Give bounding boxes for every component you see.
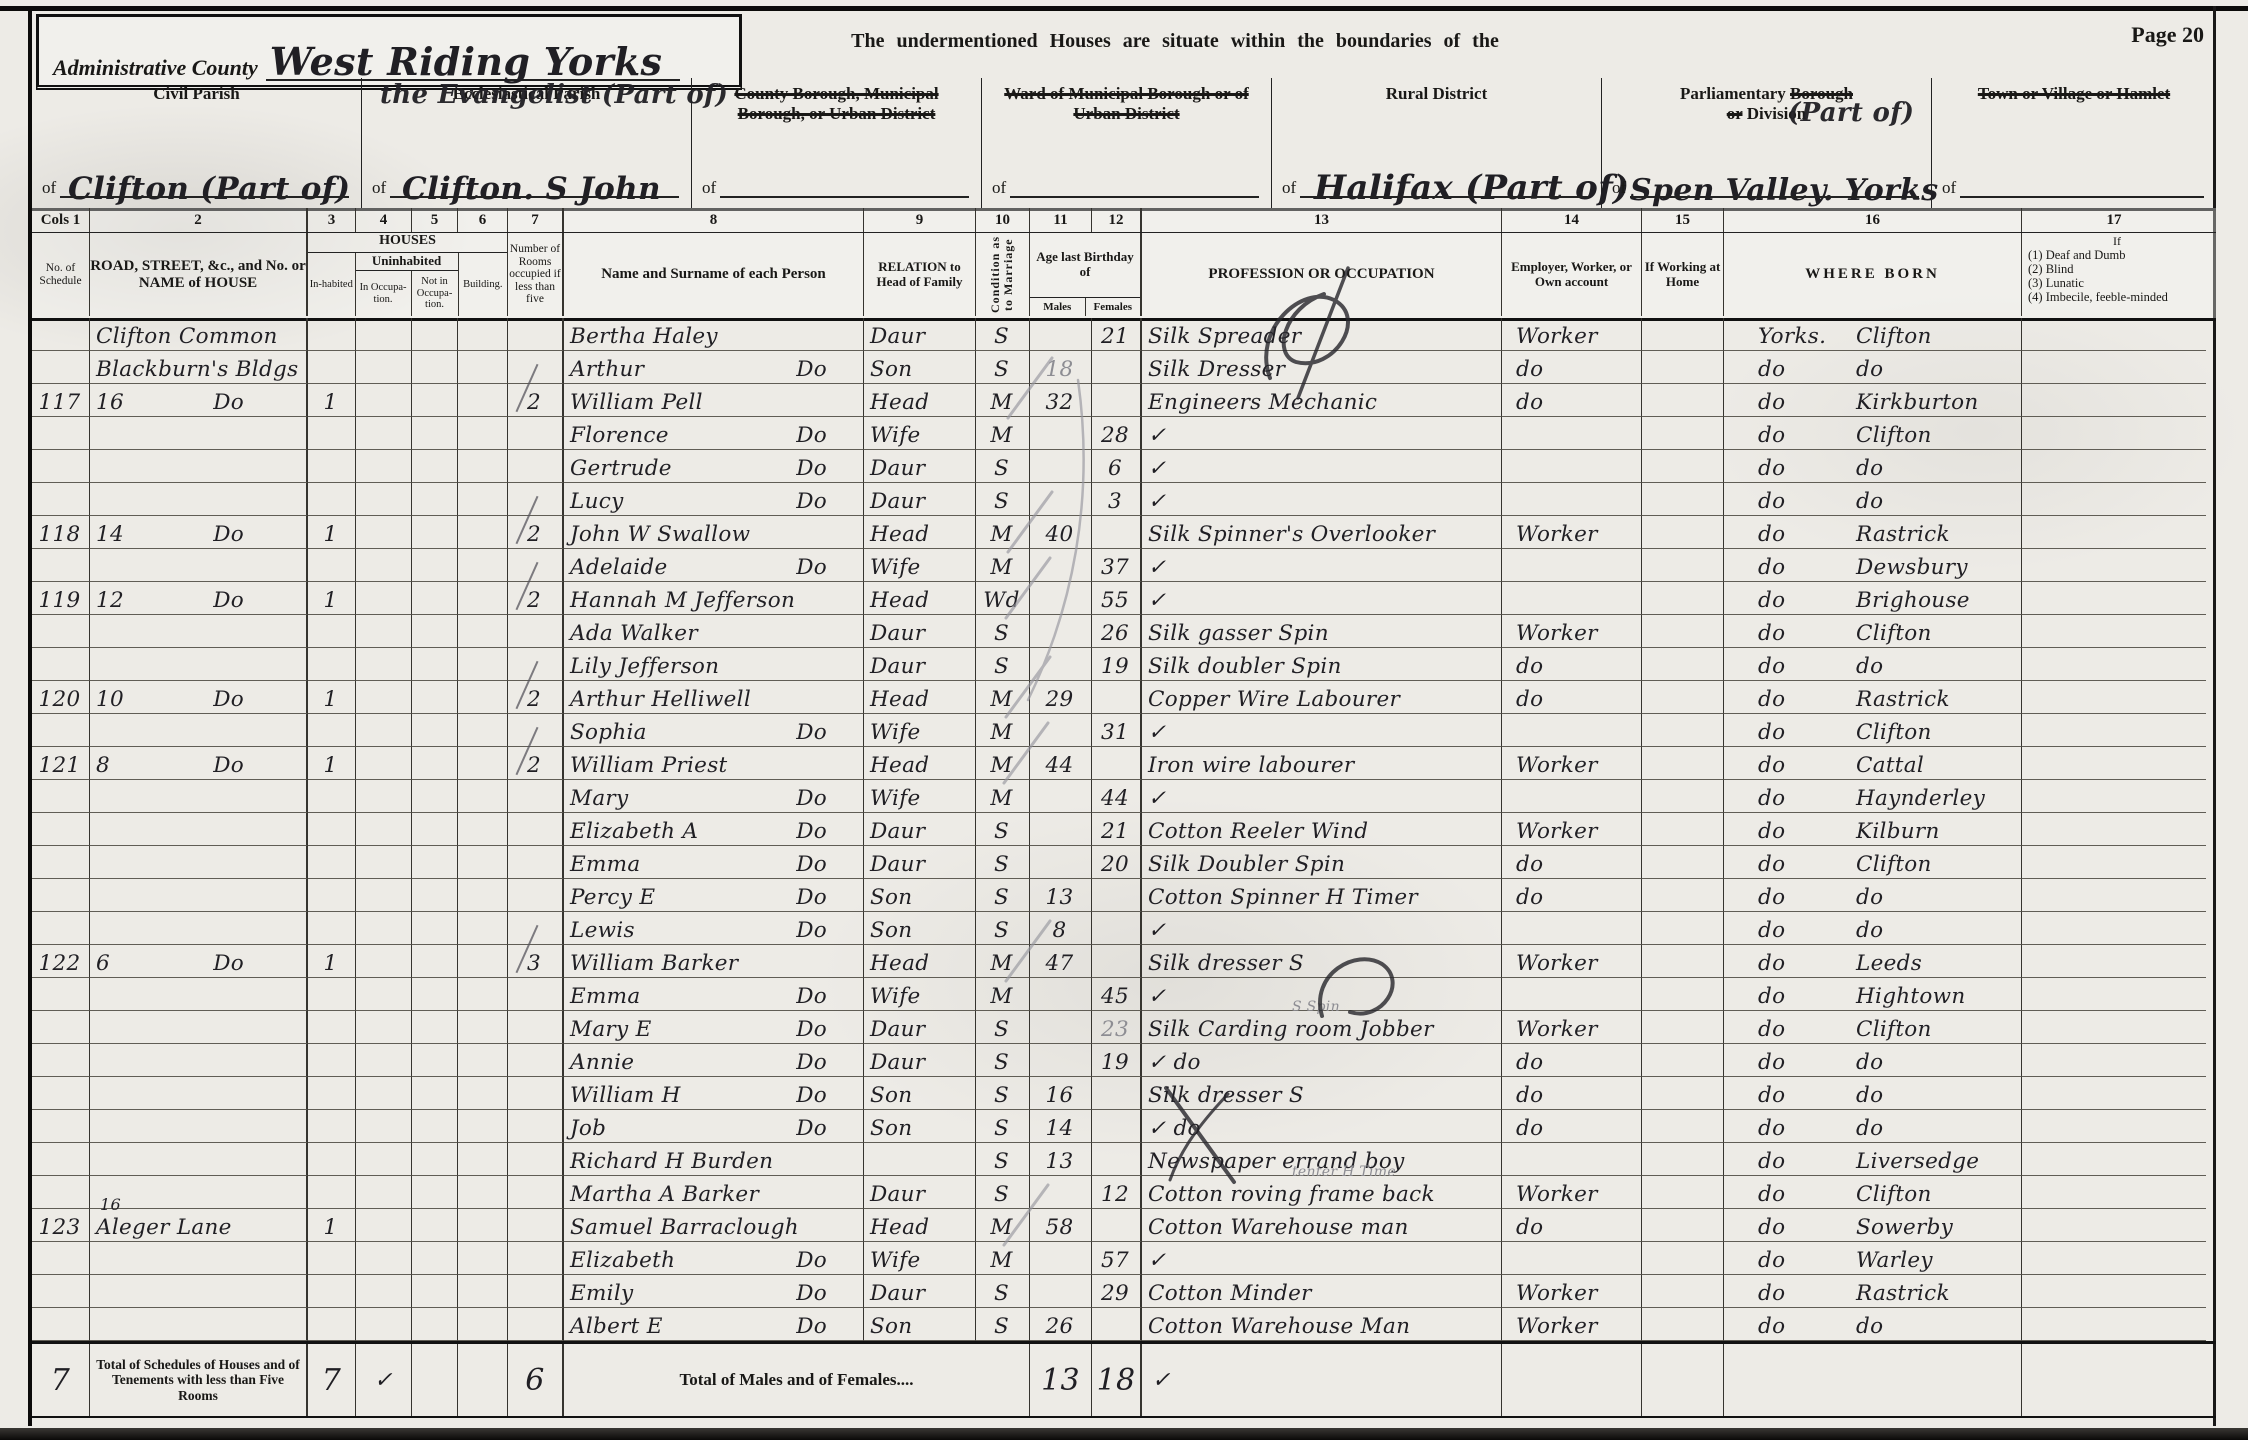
in-occupation-cell [356, 780, 412, 813]
street-cell [90, 450, 308, 483]
infirmity-cell [2022, 384, 2206, 417]
age-females-cell: 29 [1092, 1275, 1142, 1308]
condition-cell: S [976, 318, 1030, 351]
occupation-text: ✓ [1148, 720, 1166, 746]
age-males-cell [1030, 780, 1092, 813]
street-cell [90, 1110, 308, 1143]
relation-cell: Daur [864, 1011, 976, 1044]
name-cell: Emily Do [564, 1275, 864, 1308]
employment-cell: do [1502, 384, 1642, 417]
street-ditto: Do [213, 522, 244, 548]
houses-header-group: HOUSES In-habited Uninhabited In Occupa-… [308, 233, 508, 316]
rooms-cell: 2 [508, 747, 564, 780]
not-in-occupation-cell [412, 1242, 458, 1275]
name-cell: Elizabeth Do [564, 1242, 864, 1275]
building-cell [458, 1176, 508, 1209]
person-name: John W Swallow [570, 522, 750, 548]
schedule-number-cell [32, 813, 90, 846]
relation-cell: Head [864, 582, 976, 615]
name-cell: William H Do [564, 1077, 864, 1110]
building-cell [458, 1077, 508, 1110]
building-cell [458, 1044, 508, 1077]
born-county: do [1730, 489, 1822, 515]
born-place: Clifton [1822, 1017, 1932, 1043]
schedule-number-cell [32, 1176, 90, 1209]
inhabited-cell [308, 813, 356, 846]
in-occupation-cell [356, 978, 412, 1011]
ecclesiastical-parish-box: Ecclesiastical Parish the Evangelist (Pa… [362, 78, 692, 208]
in-occupation-cell [356, 351, 412, 384]
age-females-cell [1092, 747, 1142, 780]
age-males-cell: 18 [1030, 351, 1092, 384]
condition-cell: M [976, 549, 1030, 582]
civil-parish-label: Civil Parish [40, 84, 353, 104]
street-cell [90, 1044, 308, 1077]
person-name: Hannah M Jefferson [570, 588, 795, 614]
condition-cell: S [976, 1044, 1030, 1077]
employment-cell [1502, 582, 1642, 615]
born-place: do [1822, 885, 1883, 911]
street-cell [90, 483, 308, 516]
rooms-cell [508, 615, 564, 648]
occupation-cell: ✓ do [1142, 1044, 1502, 1077]
occupation-cell: ✓ [1142, 417, 1502, 450]
building-cell [458, 648, 508, 681]
employment-cell [1502, 483, 1642, 516]
name-cell: Bertha Haley [564, 318, 864, 351]
infirmity-item: (2) Blind [2022, 262, 2206, 276]
col-number: 11 [1030, 208, 1092, 232]
table-row: 119 12 Do 1 2 Hannah M Jefferson Head Wd [32, 582, 2216, 615]
age-males-cell: 29 [1030, 681, 1092, 714]
working-at-home-cell [1642, 549, 1724, 582]
relation-cell: Daur [864, 813, 976, 846]
building-cell [458, 780, 508, 813]
age-females-cell [1092, 1110, 1142, 1143]
infirmity-header: If (1) Deaf and Dumb (2) Blind (3) Lunat… [2022, 233, 2206, 316]
rooms-cell [508, 978, 564, 1011]
age-females-cell: 20 [1092, 846, 1142, 879]
where-born-cell: do Clifton [1724, 714, 2022, 747]
age-females-cell: 57 [1092, 1242, 1142, 1275]
rooms-cell: 2 [508, 681, 564, 714]
born-place: Clifton [1822, 720, 1932, 746]
street-cell: Clifton Common [90, 318, 308, 351]
age-males-cell: 8 [1030, 912, 1092, 945]
person-name-ditto: Do [796, 819, 827, 845]
street-cell [90, 1242, 308, 1275]
employment-cell [1502, 1143, 1642, 1176]
rooms-cell: 2 [508, 516, 564, 549]
schedule-number-cell [32, 1011, 90, 1044]
born-place: Hightown [1822, 984, 1965, 1010]
not-in-occupation-cell [412, 582, 458, 615]
in-occupation-cell [356, 912, 412, 945]
working-at-home-cell [1642, 1143, 1724, 1176]
infirmity-cell [2022, 1044, 2206, 1077]
age-males-cell [1030, 1011, 1092, 1044]
not-in-occupation-cell [412, 681, 458, 714]
relation-cell: Head [864, 681, 976, 714]
age-females-cell [1092, 351, 1142, 384]
rooms-cell: 2 [508, 384, 564, 417]
not-in-occupation-cell [412, 384, 458, 417]
person-name-ditto: Do [796, 1248, 827, 1274]
name-cell: Emma Do [564, 846, 864, 879]
person-name: Lucy [570, 489, 624, 515]
schedule-number-cell: 119 [32, 582, 90, 615]
condition-cell: Wd [976, 582, 1030, 615]
rooms-cell [508, 780, 564, 813]
where-born-cell: do Hightown [1724, 978, 2022, 1011]
building-cell [458, 615, 508, 648]
inhabited-cell: 1 [308, 945, 356, 978]
where-born-header: WHERE BORN [1724, 233, 2022, 316]
born-county: do [1730, 654, 1822, 680]
occupation-cell: ✓ [1142, 912, 1502, 945]
working-at-home-cell [1642, 846, 1724, 879]
relation-cell: Wife [864, 714, 976, 747]
rooms-cell [508, 846, 564, 879]
born-county: do [1730, 456, 1822, 482]
infirmity-cell [2022, 1242, 2206, 1275]
working-at-home-cell [1642, 1275, 1724, 1308]
age-females-cell: 6 [1092, 450, 1142, 483]
born-county: do [1730, 687, 1822, 713]
occupation-text: Silk Spinner's Overlooker [1148, 522, 1435, 548]
employer-header: Employer, Worker, or Own account [1502, 233, 1642, 316]
table-row: 118 14 Do 1 2 John W Swallow Head M 40 [32, 516, 2216, 549]
born-county: do [1730, 555, 1822, 581]
blank-rule [1630, 194, 1919, 198]
born-county: do [1730, 1083, 1822, 1109]
age-males-cell [1030, 483, 1092, 516]
employment-cell: do [1502, 1209, 1642, 1242]
table-row: 121 8 Do 1 2 William Priest Head M 44 [32, 747, 2216, 780]
occupation-pencil-note: S Spin [1292, 1000, 1340, 1014]
occupation-cell: Iron wire labourer [1142, 747, 1502, 780]
name-cell: Mary E Do [564, 1011, 864, 1044]
table-row: Lucy Do Daur S 3 ✓ do do [32, 483, 2216, 516]
occupation-text: ✓ [1148, 489, 1166, 515]
street-cell: 6 Do [90, 945, 308, 978]
occupation-text: Cotton Minder [1148, 1281, 1312, 1307]
rooms-cell [508, 1275, 564, 1308]
infirmity-cell [2022, 879, 2206, 912]
occupation-cell: Silk gasser Spin [1142, 615, 1502, 648]
age-males-cell [1030, 549, 1092, 582]
employment-cell: do [1502, 681, 1642, 714]
building-cell [458, 879, 508, 912]
condition-cell: M [976, 1242, 1030, 1275]
rooms-cell: 3 [508, 945, 564, 978]
table-row: Richard H Burden S 13 Newspaper errand b… [32, 1143, 2216, 1176]
in-occupation-cell [356, 516, 412, 549]
rooms-cell [508, 879, 564, 912]
occupation-text: Cotton Warehouse man [1148, 1215, 1409, 1241]
relation-cell: Son [864, 879, 976, 912]
born-county: do [1730, 984, 1822, 1010]
born-place: Cattal [1822, 753, 1924, 779]
rooms-cell [508, 1011, 564, 1044]
name-cell: Arthur Do [564, 351, 864, 384]
age-females-cell: 23 [1092, 1011, 1142, 1044]
occupation-text: ✓ do [1148, 1116, 1201, 1142]
inhabited-cell [308, 1176, 356, 1209]
schedule-number-cell [32, 1077, 90, 1110]
not-in-occupation-cell [412, 1143, 458, 1176]
blank-rule [1300, 194, 1589, 198]
age-females-cell: 19 [1092, 1044, 1142, 1077]
person-name-ditto: Do [796, 1083, 827, 1109]
condition-cell: S [976, 1143, 1030, 1176]
parliamentary-division-box: Parliamentary Borough or Division (Part … [1602, 78, 1932, 208]
name-cell: Sophia Do [564, 714, 864, 747]
table-row: Florence Do Wife M 28 ✓ do Clifton [32, 417, 2216, 450]
street-cell: 16 Aleger Lane [90, 1209, 308, 1242]
building-cell [458, 1242, 508, 1275]
name-cell: Albert E Do [564, 1308, 864, 1341]
condition-cell: S [976, 879, 1030, 912]
person-name: William Pell [570, 390, 703, 416]
in-occupation-cell [356, 945, 412, 978]
age-females-cell [1092, 1143, 1142, 1176]
born-place: Rastrick [1822, 1281, 1950, 1307]
working-at-home-cell [1642, 318, 1724, 351]
occupation-text: Cotton Warehouse Man [1148, 1314, 1410, 1340]
employment-cell [1502, 780, 1642, 813]
in-occupation-cell [356, 1044, 412, 1077]
relation-cell: Son [864, 912, 976, 945]
born-county: do [1730, 720, 1822, 746]
infirmity-cell [2022, 351, 2206, 384]
age-header-group: Age last Birthday of Males Females [1030, 233, 1142, 316]
working-at-home-cell [1642, 780, 1724, 813]
occupation-text: Cotton roving frame back [1148, 1182, 1435, 1208]
census-rows: Clifton Common Bertha Haley Daur S 21 Si… [32, 318, 2216, 1341]
not-in-occupation-cell [412, 978, 458, 1011]
inhabited-cell [308, 1044, 356, 1077]
person-name-ditto: Do [796, 885, 827, 911]
total-empty-cell [2022, 1344, 2206, 1416]
street-cell [90, 978, 308, 1011]
name-cell: Emma Do [564, 978, 864, 1011]
total-inhabited-value: 7 [308, 1344, 356, 1416]
person-name: Mary E [570, 1017, 652, 1043]
column-label-row: No. of Schedule ROAD, STREET, &c., and N… [32, 233, 2216, 316]
working-at-home-cell [1642, 615, 1724, 648]
page-number: Page 20 [2131, 22, 2204, 48]
condition-cell: M [976, 1209, 1030, 1242]
building-cell [458, 384, 508, 417]
schedule-number-cell [32, 714, 90, 747]
of-prefix: of [1612, 178, 1626, 198]
not-in-occupation-cell [412, 1176, 458, 1209]
schedule-number-cell [32, 615, 90, 648]
building-cell [458, 978, 508, 1011]
total-empty-cell [1502, 1344, 1642, 1416]
working-at-home-cell [1642, 1176, 1724, 1209]
age-header: Age last Birthday of [1030, 233, 1140, 297]
born-place: do [1822, 918, 1883, 944]
schedule-no-header: No. of Schedule [32, 233, 90, 316]
schedule-number-cell [32, 549, 90, 582]
infirmity-item: (3) Lunatic [2022, 276, 2206, 290]
in-occupation-cell [356, 648, 412, 681]
not-in-occupation-cell [412, 1275, 458, 1308]
parliamentary-label-word: Parliamentary [1680, 84, 1786, 103]
name-cell: William Priest [564, 747, 864, 780]
building-cell [458, 945, 508, 978]
street-cell [90, 846, 308, 879]
born-place: do [1822, 654, 1883, 680]
relation-cell: Wife [864, 780, 976, 813]
infirmity-cell [2022, 1077, 2206, 1110]
column-number-row: Cols 1 2 3 4 5 6 7 8 9 10 11 12 13 14 15… [32, 208, 2216, 233]
not-in-occupation-cell [412, 1077, 458, 1110]
person-name: Arthur [570, 357, 644, 383]
uninhabited-header: Uninhabited [356, 253, 458, 271]
age-females-cell: 31 [1092, 714, 1142, 747]
condition-cell: M [976, 714, 1030, 747]
person-name-ditto: Do [796, 555, 827, 581]
where-born-cell: do Clifton [1724, 846, 2022, 879]
person-name: Mary [570, 786, 628, 812]
employment-cell: do [1502, 1044, 1642, 1077]
relation-cell: Daur [864, 1044, 976, 1077]
table-row: 117 16 Do 1 2 William Pell Head M 32 [32, 384, 2216, 417]
age-females-cell [1092, 516, 1142, 549]
district-header-strip: Civil Parish Clifton (Part of) of Eccles… [32, 78, 2216, 211]
name-cell: Richard H Burden [564, 1143, 864, 1176]
in-occupation-cell [356, 1209, 412, 1242]
employment-cell: Worker [1502, 1275, 1642, 1308]
occupation-cell: Silk dresser S [1142, 1077, 1502, 1110]
inhabited-cell [308, 417, 356, 450]
relation-cell: Head [864, 384, 976, 417]
age-males-cell [1030, 417, 1092, 450]
person-name: Emma [570, 852, 641, 878]
rooms-header: Number of Rooms occupied if less than fi… [508, 233, 564, 316]
infirmity-cell [2022, 912, 2206, 945]
working-at-home-cell [1642, 516, 1724, 549]
name-cell: Mary Do [564, 780, 864, 813]
in-occupation-cell [356, 549, 412, 582]
occupation-text: Silk gasser Spin [1148, 621, 1329, 647]
condition-cell: S [976, 615, 1030, 648]
street-ditto: Do [213, 390, 244, 416]
street-text: Blackburn's Bldgs [96, 357, 298, 383]
born-place: Dewsbury [1822, 555, 1968, 581]
schedule-number-cell [32, 879, 90, 912]
born-county: do [1730, 1248, 1822, 1274]
road-street-header: ROAD, STREET, &c., and No. or NAME of HO… [90, 233, 308, 316]
schedule-number-cell [32, 318, 90, 351]
age-females-cell: 28 [1092, 417, 1142, 450]
total-males-females-label: Total of Males and of Females.... [564, 1344, 1030, 1416]
person-name: William Barker [570, 951, 738, 977]
building-cell [458, 1209, 508, 1242]
born-place: Clifton [1822, 621, 1932, 647]
column-header: Cols 1 2 3 4 5 6 7 8 9 10 11 12 13 14 15… [32, 208, 2216, 321]
occupation-cell: ✓ [1142, 549, 1502, 582]
street-cell [90, 1275, 308, 1308]
table-row: Emma Do Daur S 20 Silk Doubler Spin do d… [32, 846, 2216, 879]
not-in-occupation-cell [412, 1209, 458, 1242]
age-males-cell [1030, 1242, 1092, 1275]
inhabited-cell [308, 351, 356, 384]
employment-cell: Worker [1502, 318, 1642, 351]
born-place: do [1822, 357, 1883, 383]
where-born-cell: do Cattal [1724, 747, 2022, 780]
born-county: do [1730, 1281, 1822, 1307]
inhabited-cell [308, 846, 356, 879]
total-empty-cell [412, 1344, 458, 1416]
inhabited-cell [308, 714, 356, 747]
occupation-text: ✓ [1148, 588, 1166, 614]
person-name: Emily [570, 1281, 633, 1307]
person-name-ditto: Do [796, 984, 827, 1010]
born-place: do [1822, 1116, 1883, 1142]
table-row: Mary E Do Daur S 23 Silk Carding room Jo… [32, 1011, 2216, 1044]
employment-cell [1502, 417, 1642, 450]
employment-cell: do [1502, 1110, 1642, 1143]
in-occupation-cell [356, 879, 412, 912]
occupation-cell: Cotton Reeler Wind [1142, 813, 1502, 846]
rural-district-box: Rural District Halifax (Part of) of [1272, 78, 1602, 208]
schedule-number-cell [32, 1275, 90, 1308]
occupation-text: Silk Carding room Jobber [1148, 1017, 1434, 1043]
civil-parish-box: Civil Parish Clifton (Part of) of [32, 78, 362, 208]
person-name: Elizabeth [570, 1248, 675, 1274]
col-number: 10 [976, 208, 1030, 232]
schedule-number-cell [32, 912, 90, 945]
condition-cell: S [976, 813, 1030, 846]
employment-cell [1502, 549, 1642, 582]
rooms-cell [508, 1209, 564, 1242]
condition-cell: M [976, 945, 1030, 978]
schedule-number-cell [32, 846, 90, 879]
not-in-occupation-cell [412, 318, 458, 351]
relation-cell: Daur [864, 1275, 976, 1308]
not-in-occupation-cell [412, 813, 458, 846]
born-place: Clifton [1822, 1182, 1932, 1208]
person-name: Annie [570, 1050, 634, 1076]
occupation-cell: ✓ [1142, 483, 1502, 516]
relation-header: RELATION to Head of Family [864, 233, 976, 316]
person-name: Lily Jefferson [570, 654, 719, 680]
building-cell [458, 516, 508, 549]
street-cell [90, 1308, 308, 1341]
street-cell [90, 615, 308, 648]
rooms-cell [508, 318, 564, 351]
females-header: Females [1086, 298, 1141, 316]
street-text: Aleger Lane [96, 1215, 232, 1241]
infirmity-item: (4) Imbecile, feeble-minded [2022, 290, 2206, 304]
building-header: Building. [459, 253, 507, 316]
schedule-number-cell [32, 1044, 90, 1077]
infirmity-cell [2022, 582, 2206, 615]
age-males-cell [1030, 648, 1092, 681]
inhabited-cell [308, 912, 356, 945]
person-name-ditto: Do [796, 423, 827, 449]
in-occupation-cell [356, 813, 412, 846]
working-at-home-cell [1642, 483, 1724, 516]
working-at-home-cell [1642, 648, 1724, 681]
uninhabited-header-group: Uninhabited In Occupa-tion. Not in Occup… [356, 253, 459, 316]
table-row: William H Do Son S 16 Silk dresser S do … [32, 1077, 2216, 1110]
name-cell: Ada Walker [564, 615, 864, 648]
